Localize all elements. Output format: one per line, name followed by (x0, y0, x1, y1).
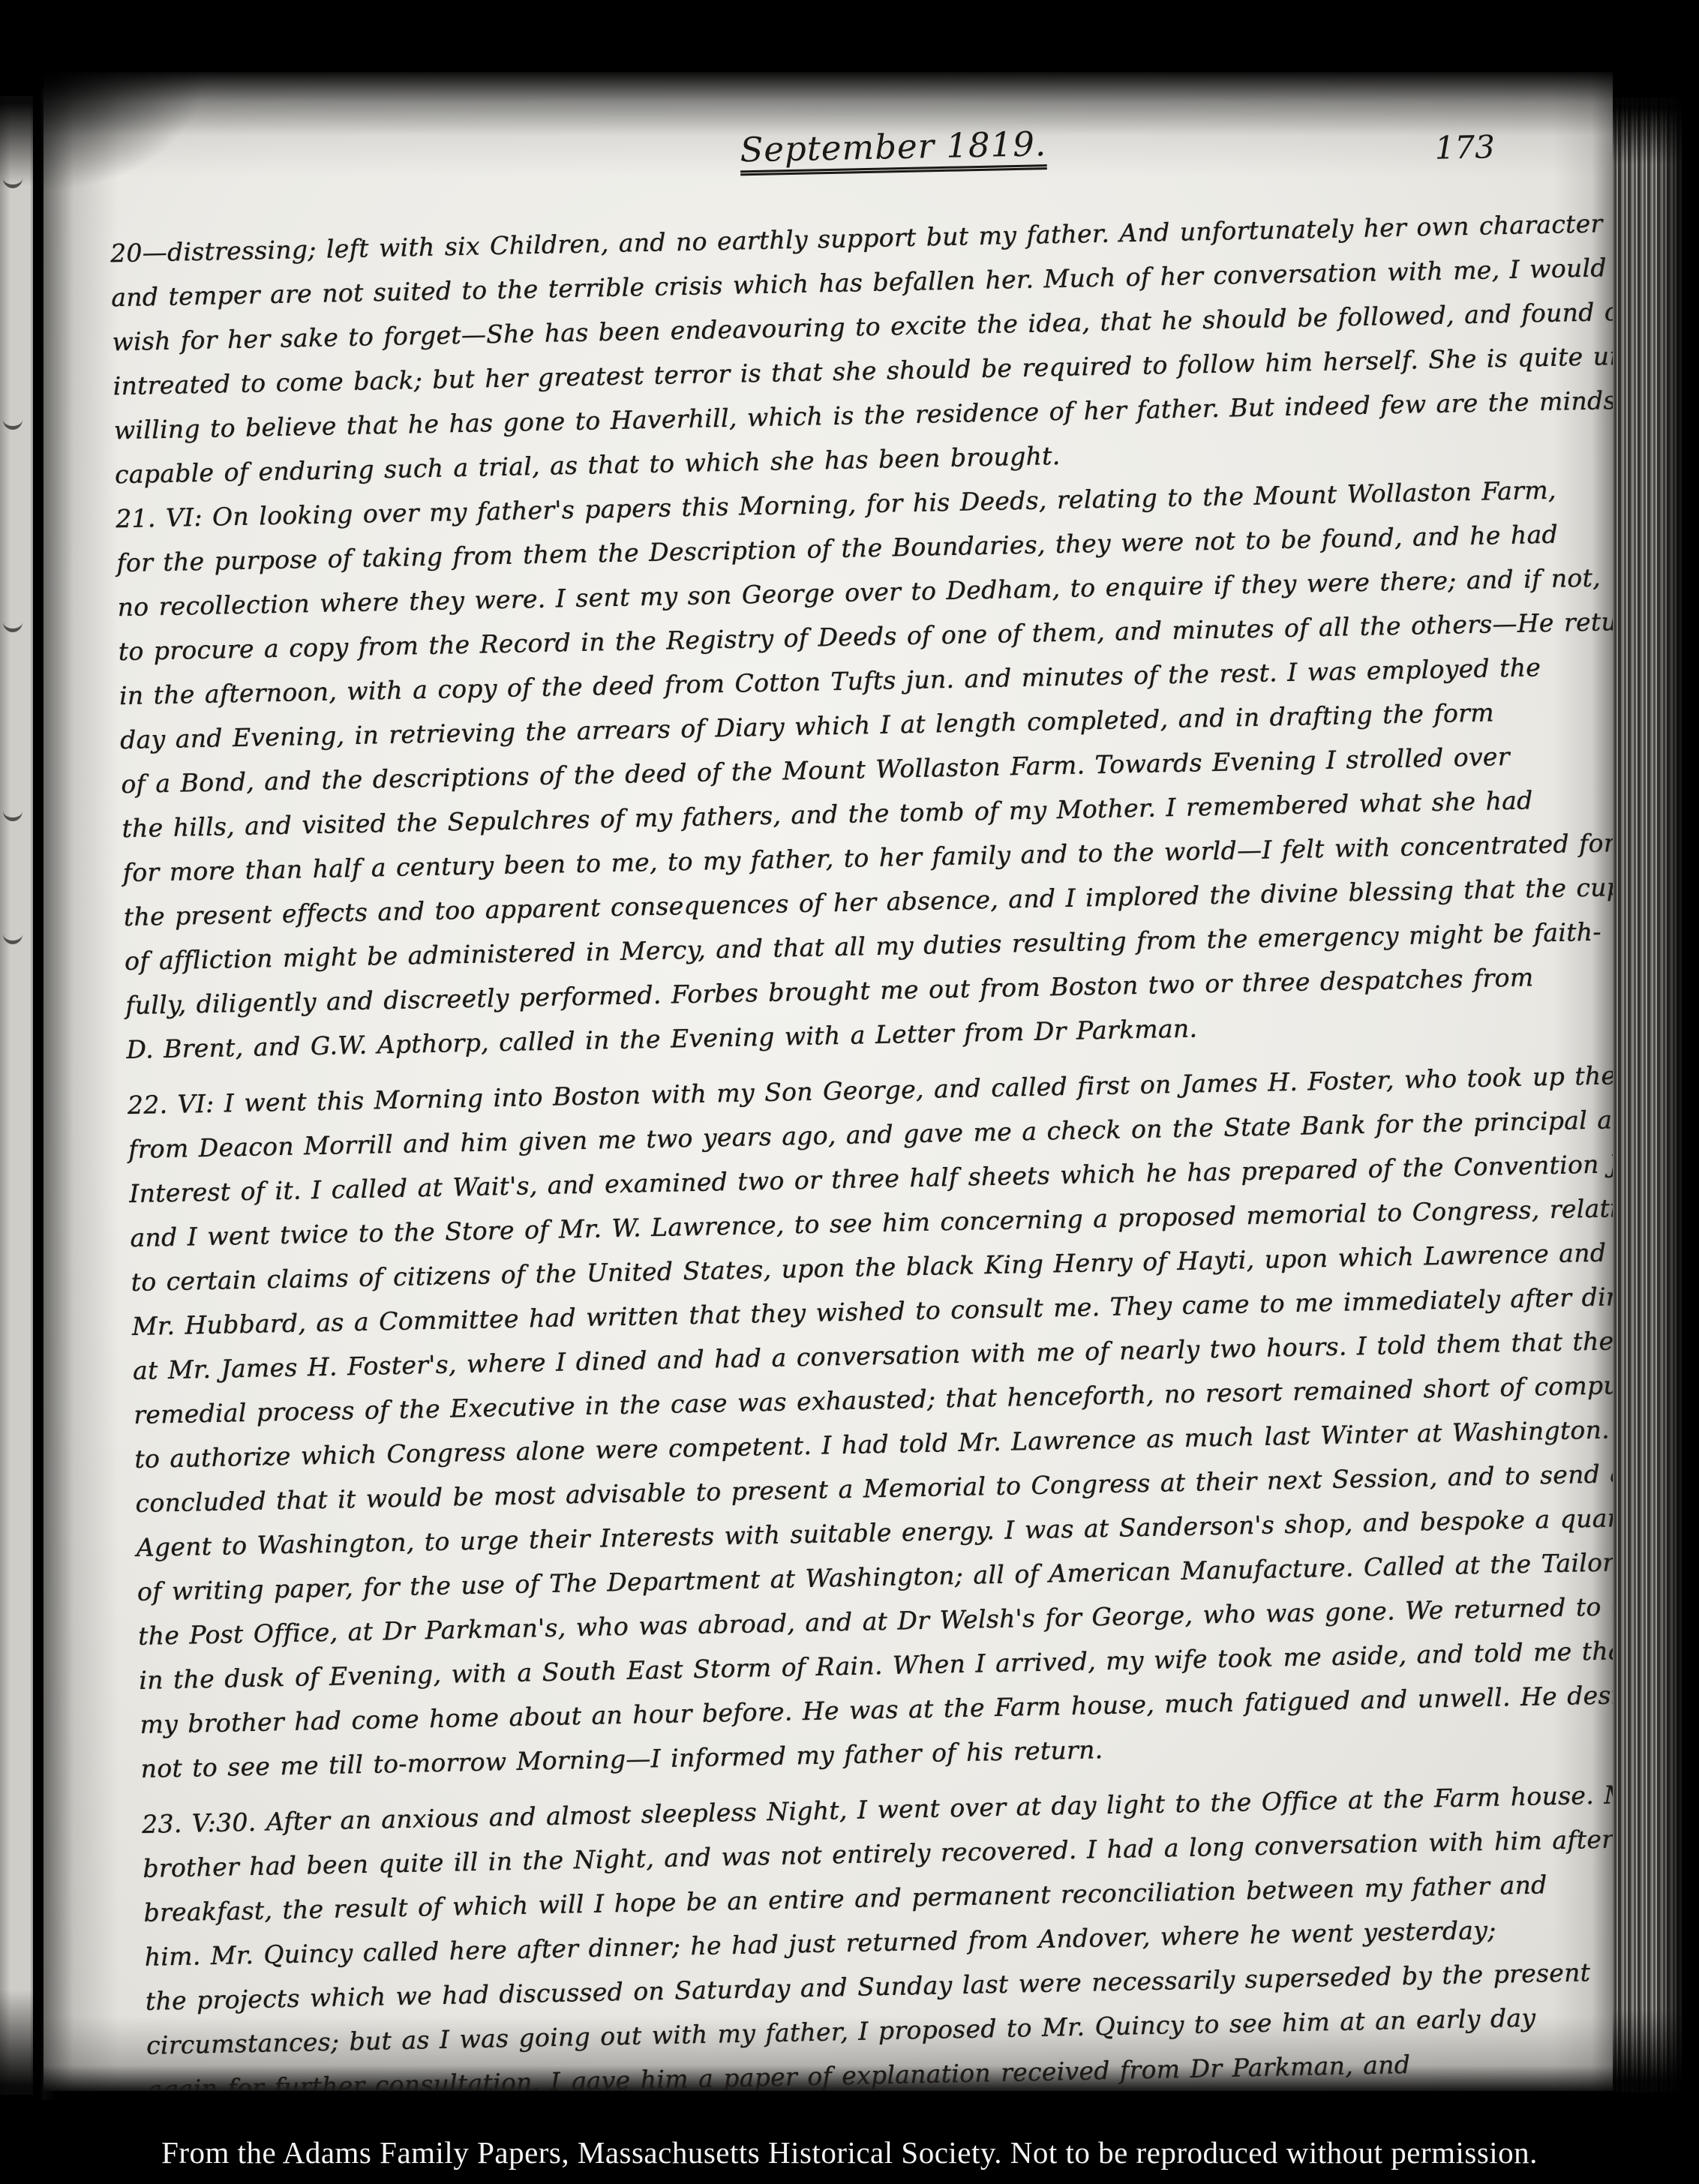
facing-page-ink-fragment (3, 168, 23, 188)
book-fore-edge (1613, 97, 1682, 2092)
manuscript-page: September 1819. 173 20—distressing; left… (44, 72, 1613, 2091)
facing-page-ink-fragment (3, 409, 23, 430)
facing-page-ink-fragment (3, 801, 23, 821)
diary-entries: 20—distressing; left with six Children, … (110, 200, 1613, 2091)
entry-23: 23. V:30. After an anxious and almost sl… (142, 1771, 1613, 2091)
handwritten-content: September 1819. 173 20—distressing; left… (108, 106, 1613, 2091)
date-heading: September 1819. (740, 124, 1047, 169)
entry-21: 21. VI: On looking over my father's pape… (116, 466, 1613, 1072)
scanned-diary-page: September 1819. 173 20—distressing; left… (0, 0, 1699, 2184)
entry-22: 22. VI: I went this Morning into Boston … (127, 1052, 1613, 1791)
facing-page-edge (0, 96, 33, 2095)
credit-line: From the Adams Family Papers, Massachuse… (0, 2134, 1699, 2170)
entry-20: 20—distressing; left with six Children, … (110, 200, 1613, 496)
facing-page-ink-fragment (3, 612, 23, 632)
page-number: 173 (1434, 128, 1495, 166)
facing-page-ink-fragment (3, 924, 23, 944)
